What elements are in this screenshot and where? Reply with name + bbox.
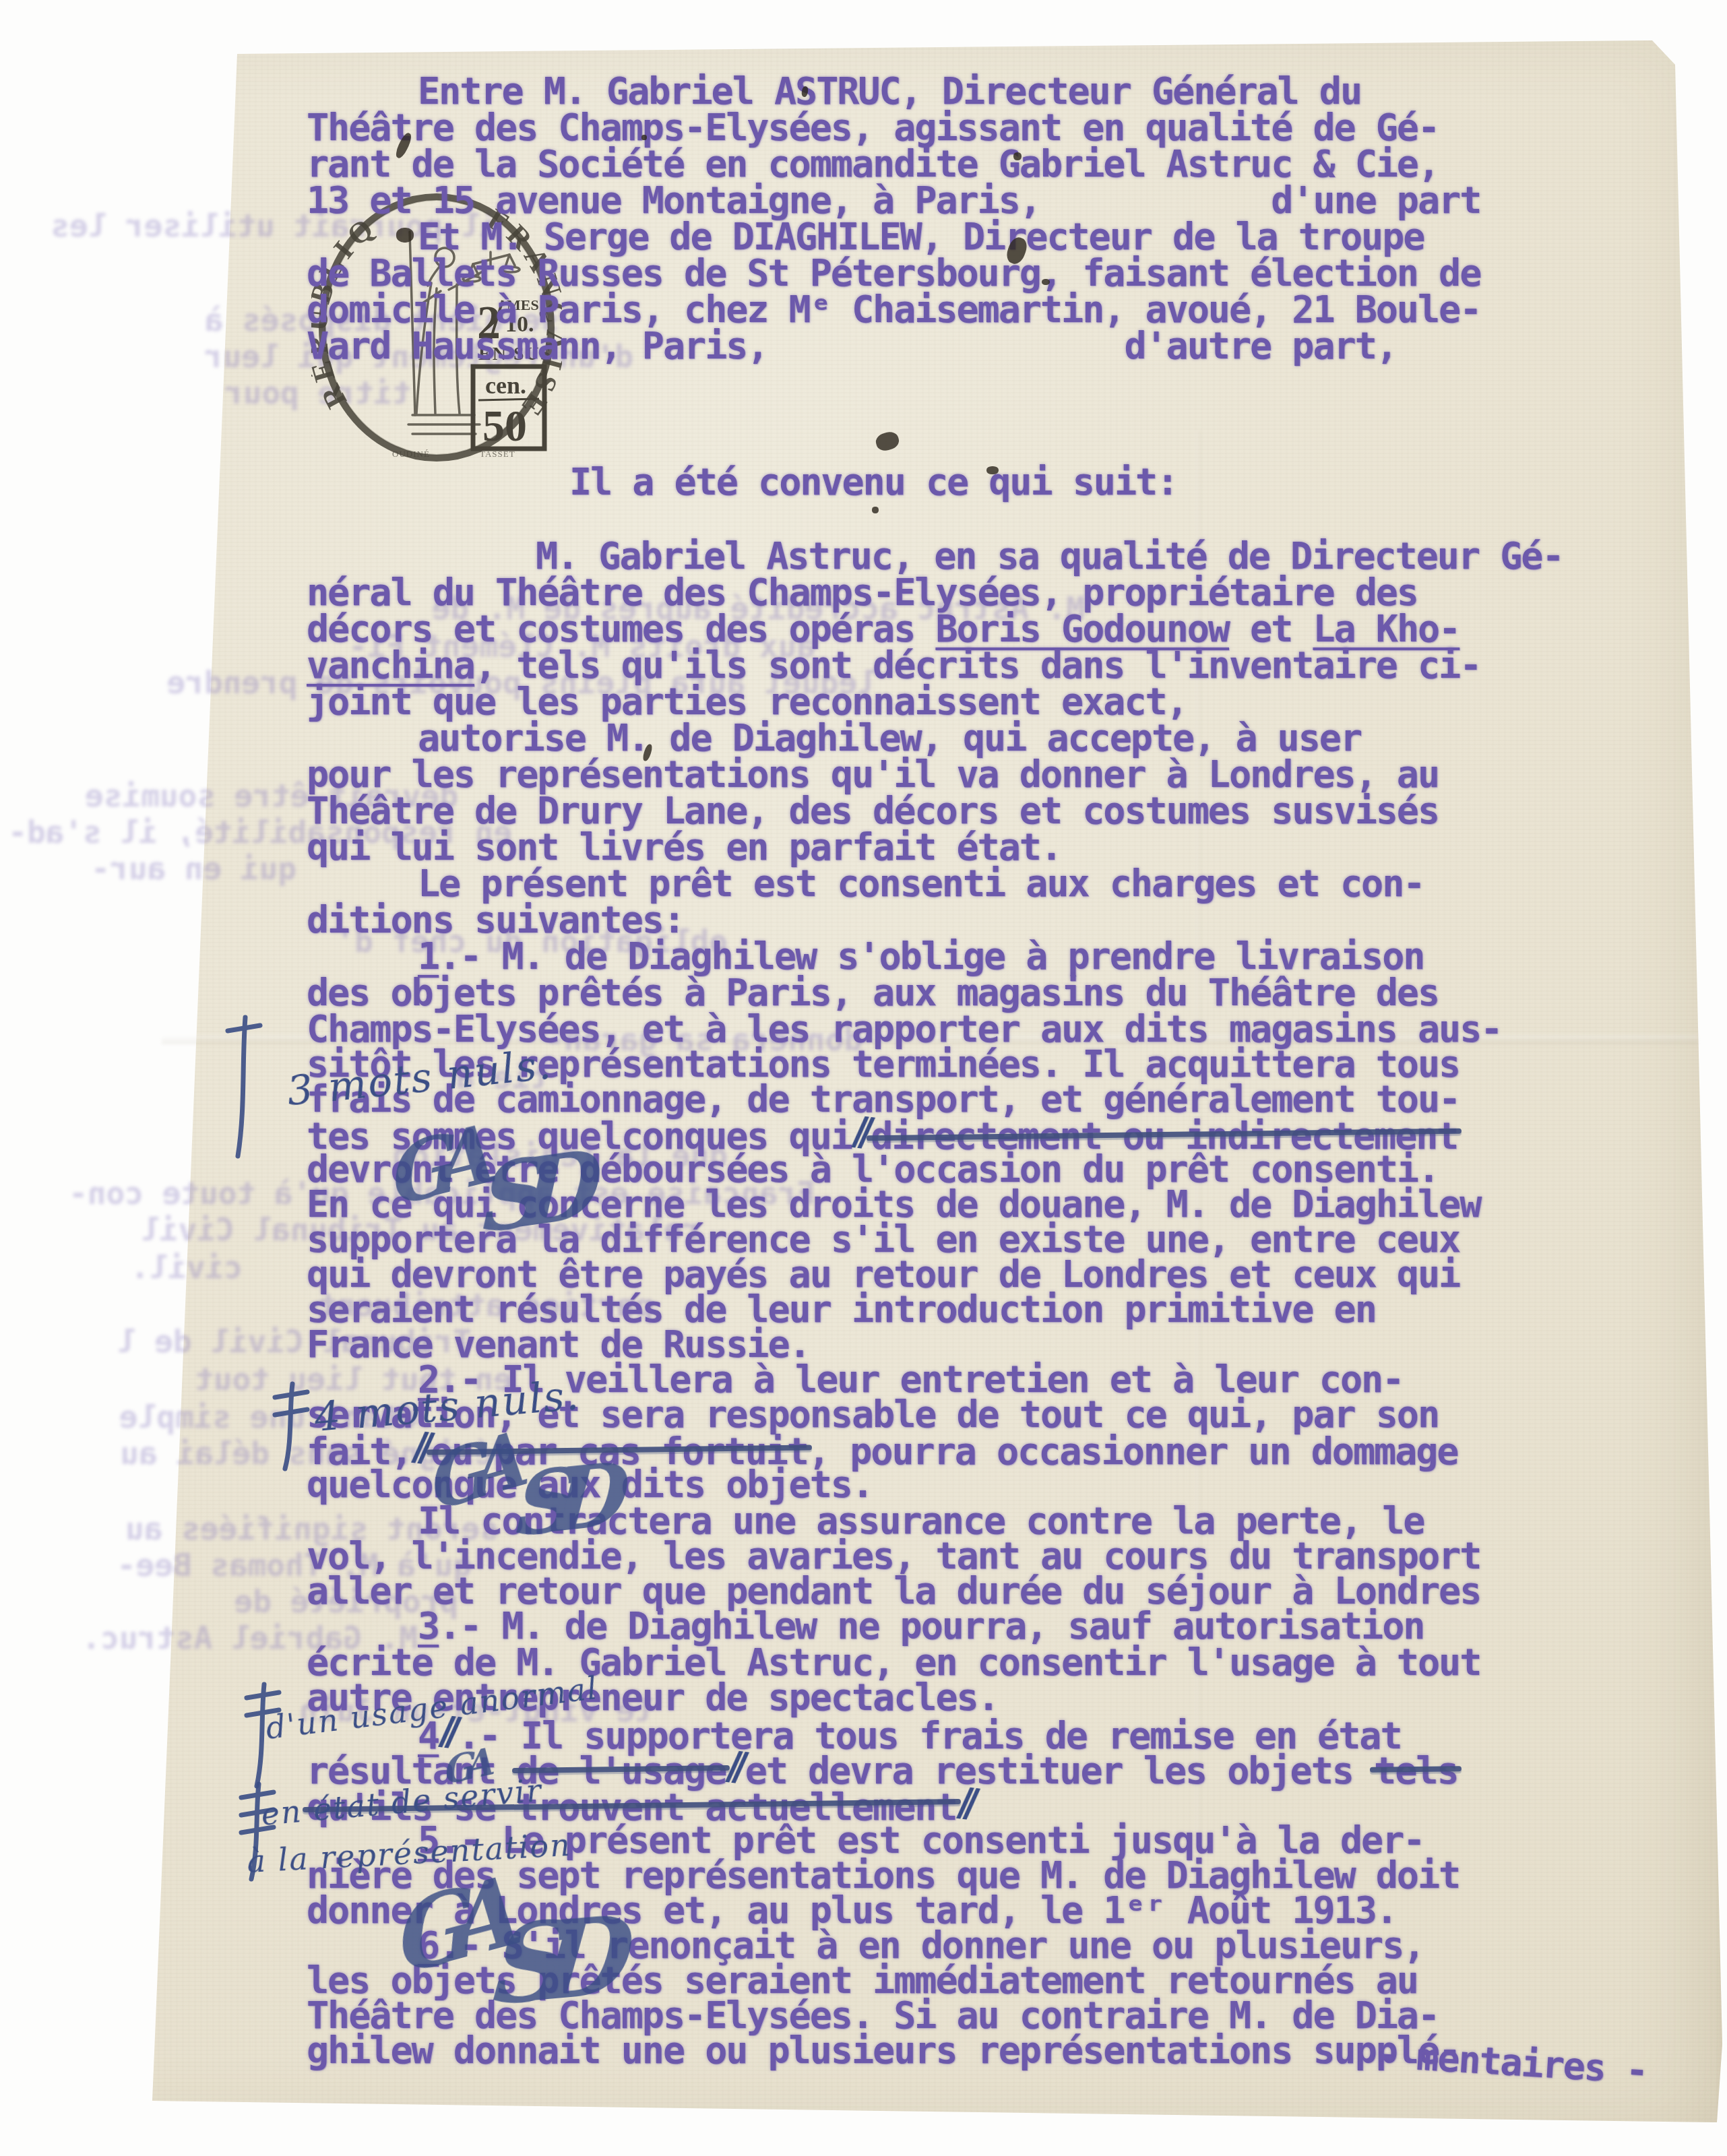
annotation-mark-icon bbox=[226, 1016, 261, 1160]
typed-line: Et M. Serge de DIAGHILEW, Directeur de l… bbox=[418, 218, 1424, 255]
typed-line: de Ballets Russes de St Pétersbourg, fai… bbox=[307, 255, 1480, 292]
initials-paraph: SD bbox=[481, 1132, 578, 1255]
initials-paraph: GA bbox=[445, 1740, 486, 1794]
typed-line: Théâtre des Champs-Elysées, agissant en … bbox=[307, 109, 1439, 146]
typed-line: M. Gabriel Astruc, en sa qualité de Dire… bbox=[536, 538, 1563, 575]
ink-speck bbox=[986, 466, 999, 474]
typed-line: décors et costumes des opéras Boris Godo… bbox=[307, 610, 1459, 647]
typed-line: des objets prêtés à Paris, aux magasins … bbox=[307, 974, 1439, 1011]
typed-line: rant de la Société en commandite Gabriel… bbox=[307, 146, 1439, 183]
stamp-value-cen: cen. bbox=[485, 372, 526, 399]
insertion-mark: // bbox=[955, 1782, 972, 1822]
typed-line: 13 et 15 avenue Montaigne, à Paris, d'un… bbox=[307, 182, 1480, 219]
typed-text: Il a été convenu ce qui suit: bbox=[569, 460, 1177, 503]
typed-line: 3.- M. de Diaghilew ne pourra, sauf auto… bbox=[418, 1608, 1424, 1645]
typed-line: joint que les parties reconnaissent exac… bbox=[307, 683, 1187, 720]
typed-line: Le présent prêt est consenti aux charges… bbox=[418, 865, 1424, 902]
typed-line: Vard Haussmann, Paris, d'autre part, bbox=[307, 327, 1397, 364]
ink-speck bbox=[396, 228, 414, 243]
bleedthrough-line: civil. bbox=[40, 1252, 243, 1283]
typed-line: pour les représentations qu'il va donner… bbox=[307, 756, 1439, 793]
typed-line: Entre M. Gabriel ASTRUC, Directeur Génér… bbox=[418, 73, 1361, 110]
struck-text: tels bbox=[1374, 1749, 1457, 1792]
typed-text: , pourra occasionner un dommage bbox=[808, 1430, 1458, 1473]
typed-line: ditions suivantes: bbox=[307, 901, 684, 939]
typed-line: vanchina, tels qu'ils sont décrits dans … bbox=[307, 647, 1480, 684]
stamp-engraver-right: TASSET bbox=[480, 449, 515, 459]
typed-text: ghilew donnait une ou plusieurs représen… bbox=[307, 2029, 1459, 2072]
ink-speck bbox=[1042, 279, 1050, 285]
ink-speck bbox=[872, 507, 879, 513]
typed-line: ghilew donnait une ou plusieurs représen… bbox=[307, 2032, 1459, 2069]
ink-speck bbox=[641, 135, 647, 140]
ink-speck bbox=[1013, 152, 1022, 160]
initials-paraph: GA bbox=[389, 1109, 478, 1224]
typed-line: Il a été convenu ce qui suit: bbox=[569, 464, 1177, 501]
typed-line: 1.- M. de Diaghilew s'oblige à prendre l… bbox=[418, 938, 1424, 975]
insertion-mark: // bbox=[725, 1746, 742, 1786]
initials-paraph: SD bbox=[513, 1445, 609, 1556]
bleedthrough-line: qui en aur- bbox=[40, 853, 296, 884]
annotation-mark-icon bbox=[274, 1383, 309, 1473]
typed-line: Théâtre de Drury Lane, des décors et cos… bbox=[307, 792, 1439, 829]
typed-line: domicile à Paris, chez Mᵉ Chaisemartin, … bbox=[307, 291, 1480, 328]
typed-line: autorise M. de Diaghilew, qui accepte, à… bbox=[418, 720, 1361, 757]
insertion-mark: // bbox=[850, 1111, 867, 1151]
typed-line: qui lui sont livrés en parfait état. bbox=[307, 829, 1061, 866]
stamp-value-50: 50 bbox=[482, 402, 527, 451]
typed-text: Vard Haussmann, Paris, d'autre part, bbox=[307, 324, 1397, 367]
document-scan: il pourrait utiliser lesseraient disposé… bbox=[0, 0, 1727, 2156]
initials-paraph: SD bbox=[489, 1895, 609, 2030]
stamp-engraver-left: OUDINÉ bbox=[392, 449, 430, 459]
typed-line: néral du Théâtre des Champs-Elysées, pro… bbox=[307, 574, 1418, 611]
